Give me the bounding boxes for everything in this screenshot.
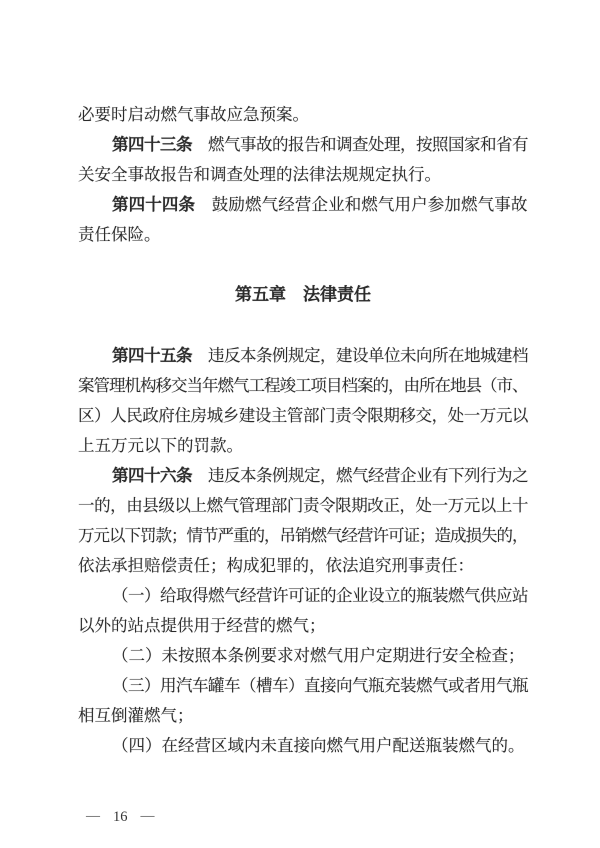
text-segment: 必要时启动燃气事故应急预案。 <box>78 105 309 124</box>
document-page: 必要时启动燃气事故应急预案。第四十三条 燃气事故的报告和调查处理，按照国家和省有… <box>0 0 600 848</box>
text-segment: 一的，由县级以上燃气管理部门责令限期改正，处一万元以上十 <box>78 496 528 515</box>
text-line-content: 一的，由县级以上燃气管理部门责令限期改正，处一万元以上十 <box>78 496 528 515</box>
article-number: 第五章 法律责任 <box>235 285 371 304</box>
text-line: （一）给取得燃气经营许可证的企业设立的瓶装燃气供应站 <box>78 581 528 611</box>
text-line: 必要时启动燃气事故应急预案。 <box>78 100 528 130</box>
text-line: 上五万元以下的罚款。 <box>78 431 528 461</box>
text-segment: 万元以下罚款；情节严重的，吊销燃气经营许可证；造成损失的， <box>78 526 528 545</box>
text-line-content: 必要时启动燃气事故应急预案。 <box>78 105 309 124</box>
text-line: 第四十六条 违反本条例规定，燃气经营企业有下列行为之 <box>78 461 528 491</box>
text-segment: 燃气事故的报告和调查处理，按照国家和省有 <box>192 135 528 154</box>
page-number: — 16 — <box>86 806 155 828</box>
text-line-content: 万元以下罚款；情节严重的，吊销燃气经营许可证；造成损失的， <box>78 526 528 545</box>
text-segment: （四）在经营区域内未直接向燃气用户配送瓶装燃气的。 <box>112 736 525 755</box>
text-line-content: 第四十六条 违反本条例规定，燃气经营企业有下列行为之 <box>112 466 528 485</box>
text-segment: 依法承担赔偿责任；构成犯罪的，依法追究刑事责任： <box>78 556 474 575</box>
text-segment: （二）未按照本条例要求对燃气用户定期进行安全检查； <box>112 646 525 665</box>
text-line-content: 上五万元以下的罚款。 <box>78 436 243 455</box>
article-number: 第四十五条 <box>112 346 192 365</box>
page-number-dash-right: — <box>141 810 155 824</box>
text-line-content: （四）在经营区域内未直接向燃气用户配送瓶装燃气的。 <box>112 736 525 755</box>
text-line-content: 关安全事故报告和调查处理的法律法规规定执行。 <box>78 165 441 184</box>
text-line: 责任保险。 <box>78 220 528 250</box>
text-line: 第四十三条 燃气事故的报告和调查处理，按照国家和省有 <box>78 130 528 160</box>
text-segment: 区）人民政府住房城乡建设主管部门责令限期移交，处一万元以 <box>78 406 528 425</box>
text-line-content: 依法承担赔偿责任；构成犯罪的，依法追究刑事责任： <box>78 556 474 575</box>
text-line: 相互倒灌燃气； <box>78 701 528 731</box>
text-segment: 关安全事故报告和调查处理的法律法规规定执行。 <box>78 165 441 184</box>
text-segment: （一）给取得燃气经营许可证的企业设立的瓶装燃气供应站 <box>112 586 528 605</box>
text-line: 第四十四条 鼓励燃气经营企业和燃气用户参加燃气事故 <box>78 190 528 220</box>
text-line: 依法承担赔偿责任；构成犯罪的，依法追究刑事责任： <box>78 551 528 581</box>
chapter-heading: 第五章 法律责任 <box>78 280 528 310</box>
article-number: 第四十三条 <box>112 135 192 154</box>
article-number: 第四十四条 <box>112 195 195 214</box>
text-line: 以外的站点提供用于经营的燃气； <box>78 611 528 641</box>
text-line-content: 以外的站点提供用于经营的燃气； <box>78 616 326 635</box>
text-line: 第四十五条 违反本条例规定，建设单位未向所在地城建档 <box>78 341 528 371</box>
text-line-content: （一）给取得燃气经营许可证的企业设立的瓶装燃气供应站 <box>112 586 528 605</box>
text-segment: 责任保险。 <box>78 225 161 244</box>
text-line-content: 案管理机构移交当年燃气工程竣工项目档案的，由所在地县（市、 <box>78 376 528 395</box>
text-segment: 违反本条例规定，建设单位未向所在地城建档 <box>192 346 528 365</box>
text-line-content: 第五章 法律责任 <box>235 285 371 304</box>
text-line: 万元以下罚款；情节严重的，吊销燃气经营许可证；造成损失的， <box>78 521 528 551</box>
text-line: 案管理机构移交当年燃气工程竣工项目档案的，由所在地县（市、 <box>78 371 528 401</box>
text-line-content: 第四十三条 燃气事故的报告和调查处理，按照国家和省有 <box>112 135 528 154</box>
text-line-content: （二）未按照本条例要求对燃气用户定期进行安全检查； <box>112 646 525 665</box>
document-body: 必要时启动燃气事故应急预案。第四十三条 燃气事故的报告和调查处理，按照国家和省有… <box>78 100 528 761</box>
text-segment: （三）用汽车罐车（槽车）直接向气瓶充装燃气或者用气瓶 <box>112 676 528 695</box>
text-line-content: 区）人民政府住房城乡建设主管部门责令限期移交，处一万元以 <box>78 406 528 425</box>
text-line-content: （三）用汽车罐车（槽车）直接向气瓶充装燃气或者用气瓶 <box>112 676 528 695</box>
page-number-value: 16 <box>113 809 128 826</box>
text-line-content: 第四十四条 鼓励燃气经营企业和燃气用户参加燃气事故 <box>112 195 528 214</box>
text-line: （三）用汽车罐车（槽车）直接向气瓶充装燃气或者用气瓶 <box>78 671 528 701</box>
text-line: （四）在经营区域内未直接向燃气用户配送瓶装燃气的。 <box>78 731 528 761</box>
page-number-dash-left: — <box>86 810 100 824</box>
text-segment: 案管理机构移交当年燃气工程竣工项目档案的，由所在地县（市、 <box>78 376 528 395</box>
text-segment: 上五万元以下的罚款。 <box>78 436 243 455</box>
text-segment: 以外的站点提供用于经营的燃气； <box>78 616 326 635</box>
text-line-content: 责任保险。 <box>78 225 161 244</box>
article-number: 第四十六条 <box>112 466 192 485</box>
text-line-content: 第四十五条 违反本条例规定，建设单位未向所在地城建档 <box>112 346 528 365</box>
text-line: （二）未按照本条例要求对燃气用户定期进行安全检查； <box>78 641 528 671</box>
text-segment: 相互倒灌燃气； <box>78 706 194 725</box>
text-segment: 鼓励燃气经营企业和燃气用户参加燃气事故 <box>195 195 527 214</box>
text-line: 关安全事故报告和调查处理的法律法规规定执行。 <box>78 160 528 190</box>
text-line: 区）人民政府住房城乡建设主管部门责令限期移交，处一万元以 <box>78 401 528 431</box>
text-line-content: 相互倒灌燃气； <box>78 706 194 725</box>
text-line: 一的，由县级以上燃气管理部门责令限期改正，处一万元以上十 <box>78 491 528 521</box>
text-segment: 违反本条例规定，燃气经营企业有下列行为之 <box>192 466 528 485</box>
